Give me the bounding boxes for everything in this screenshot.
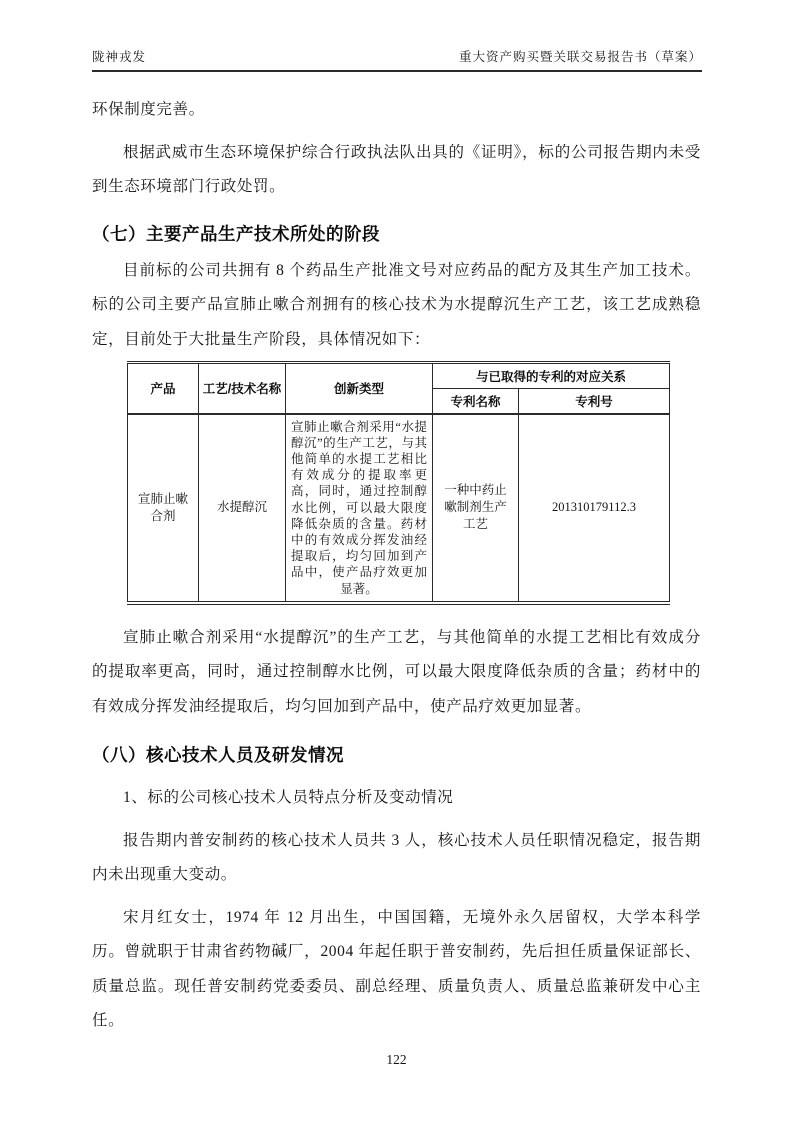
page-number: 122 — [386, 1052, 406, 1067]
document-body: 环保制度完善。 根据武威市生态环境保护综合行政执法队出具的《证明》，标的公司报告… — [92, 73, 701, 1039]
paragraph-env-protection: 环保制度完善。 — [92, 93, 701, 128]
paragraph-staff-count: 报告期内普安制药的核心技术人员共 3 人，核心技术人员任职情况稳定，报告期内未出… — [92, 824, 701, 893]
paragraph-certificate: 根据武威市生态环境保护综合行政执法队出具的《证明》，标的公司报告期内未受到生态环… — [92, 136, 701, 205]
document-page: 陇神戎发 重大资产购买暨关联交易报告书（草案） 环保制度完善。 根据武威市生态环… — [0, 0, 793, 1122]
page-header: 陇神戎发 重大资产购买暨关联交易报告书（草案） — [92, 0, 702, 72]
section-heading-seven: （七）主要产品生产技术所处的阶段 — [92, 221, 701, 246]
table-header: 产品 工艺/技术名称 创新类型 与已取得的专利的对应关系 专利名称 专利号 — [128, 363, 670, 414]
cell-patent-number: 201310179112.3 — [519, 414, 670, 603]
header-company-name: 陇神戎发 — [92, 47, 146, 65]
section-heading-eight: （八）核心技术人员及研发情况 — [92, 742, 701, 767]
paragraph-after-table: 宣肺止嗽合剂采用“水提醇沉”的生产工艺，与其他简单的水提工艺相比有效成分的提取率… — [92, 621, 701, 725]
header-report-title: 重大资产购买暨关联交易报告书（草案） — [459, 47, 702, 65]
paragraph-song-yuehong: 宋月红女士，1974 年 12 月出生，中国国籍，无境外永久居留权，大学本科学历… — [92, 901, 701, 1039]
cell-patent-name: 一种中药止嗽制剂生产工艺 — [433, 414, 519, 603]
paragraph-tech-intro: 目前标的公司共拥有 8 个药品生产批准文号对应药品的配方及其生产加工技术。标的公… — [92, 254, 701, 358]
col-header-process: 工艺/技术名称 — [199, 363, 286, 414]
table-row: 宣肺止嗽合剂 水提醇沉 宣肺止嗽合剂采用“水提醇沉”的生产工艺，与其他简单的水提… — [128, 414, 670, 603]
col-header-patent-name: 专利名称 — [433, 389, 519, 414]
col-header-patent-number: 专利号 — [519, 389, 670, 414]
cell-innovation: 宣肺止嗽合剂采用“水提醇沉”的生产工艺，与其他简单的水提工艺相比有效成分的提取率… — [286, 414, 433, 603]
subheading-core-staff: 1、标的公司核心技术人员特点分析及变动情况 — [92, 781, 701, 816]
col-header-innovation: 创新类型 — [286, 363, 433, 414]
cell-process: 水提醇沉 — [199, 414, 286, 603]
col-header-patent-group: 与已取得的专利的对应关系 — [433, 363, 670, 389]
col-header-product: 产品 — [128, 363, 199, 414]
page-footer: 122 — [0, 1052, 793, 1068]
cell-product: 宣肺止嗽合剂 — [128, 414, 199, 603]
product-technology-table: 产品 工艺/技术名称 创新类型 与已取得的专利的对应关系 专利名称 专利号 宣肺… — [127, 361, 670, 605]
